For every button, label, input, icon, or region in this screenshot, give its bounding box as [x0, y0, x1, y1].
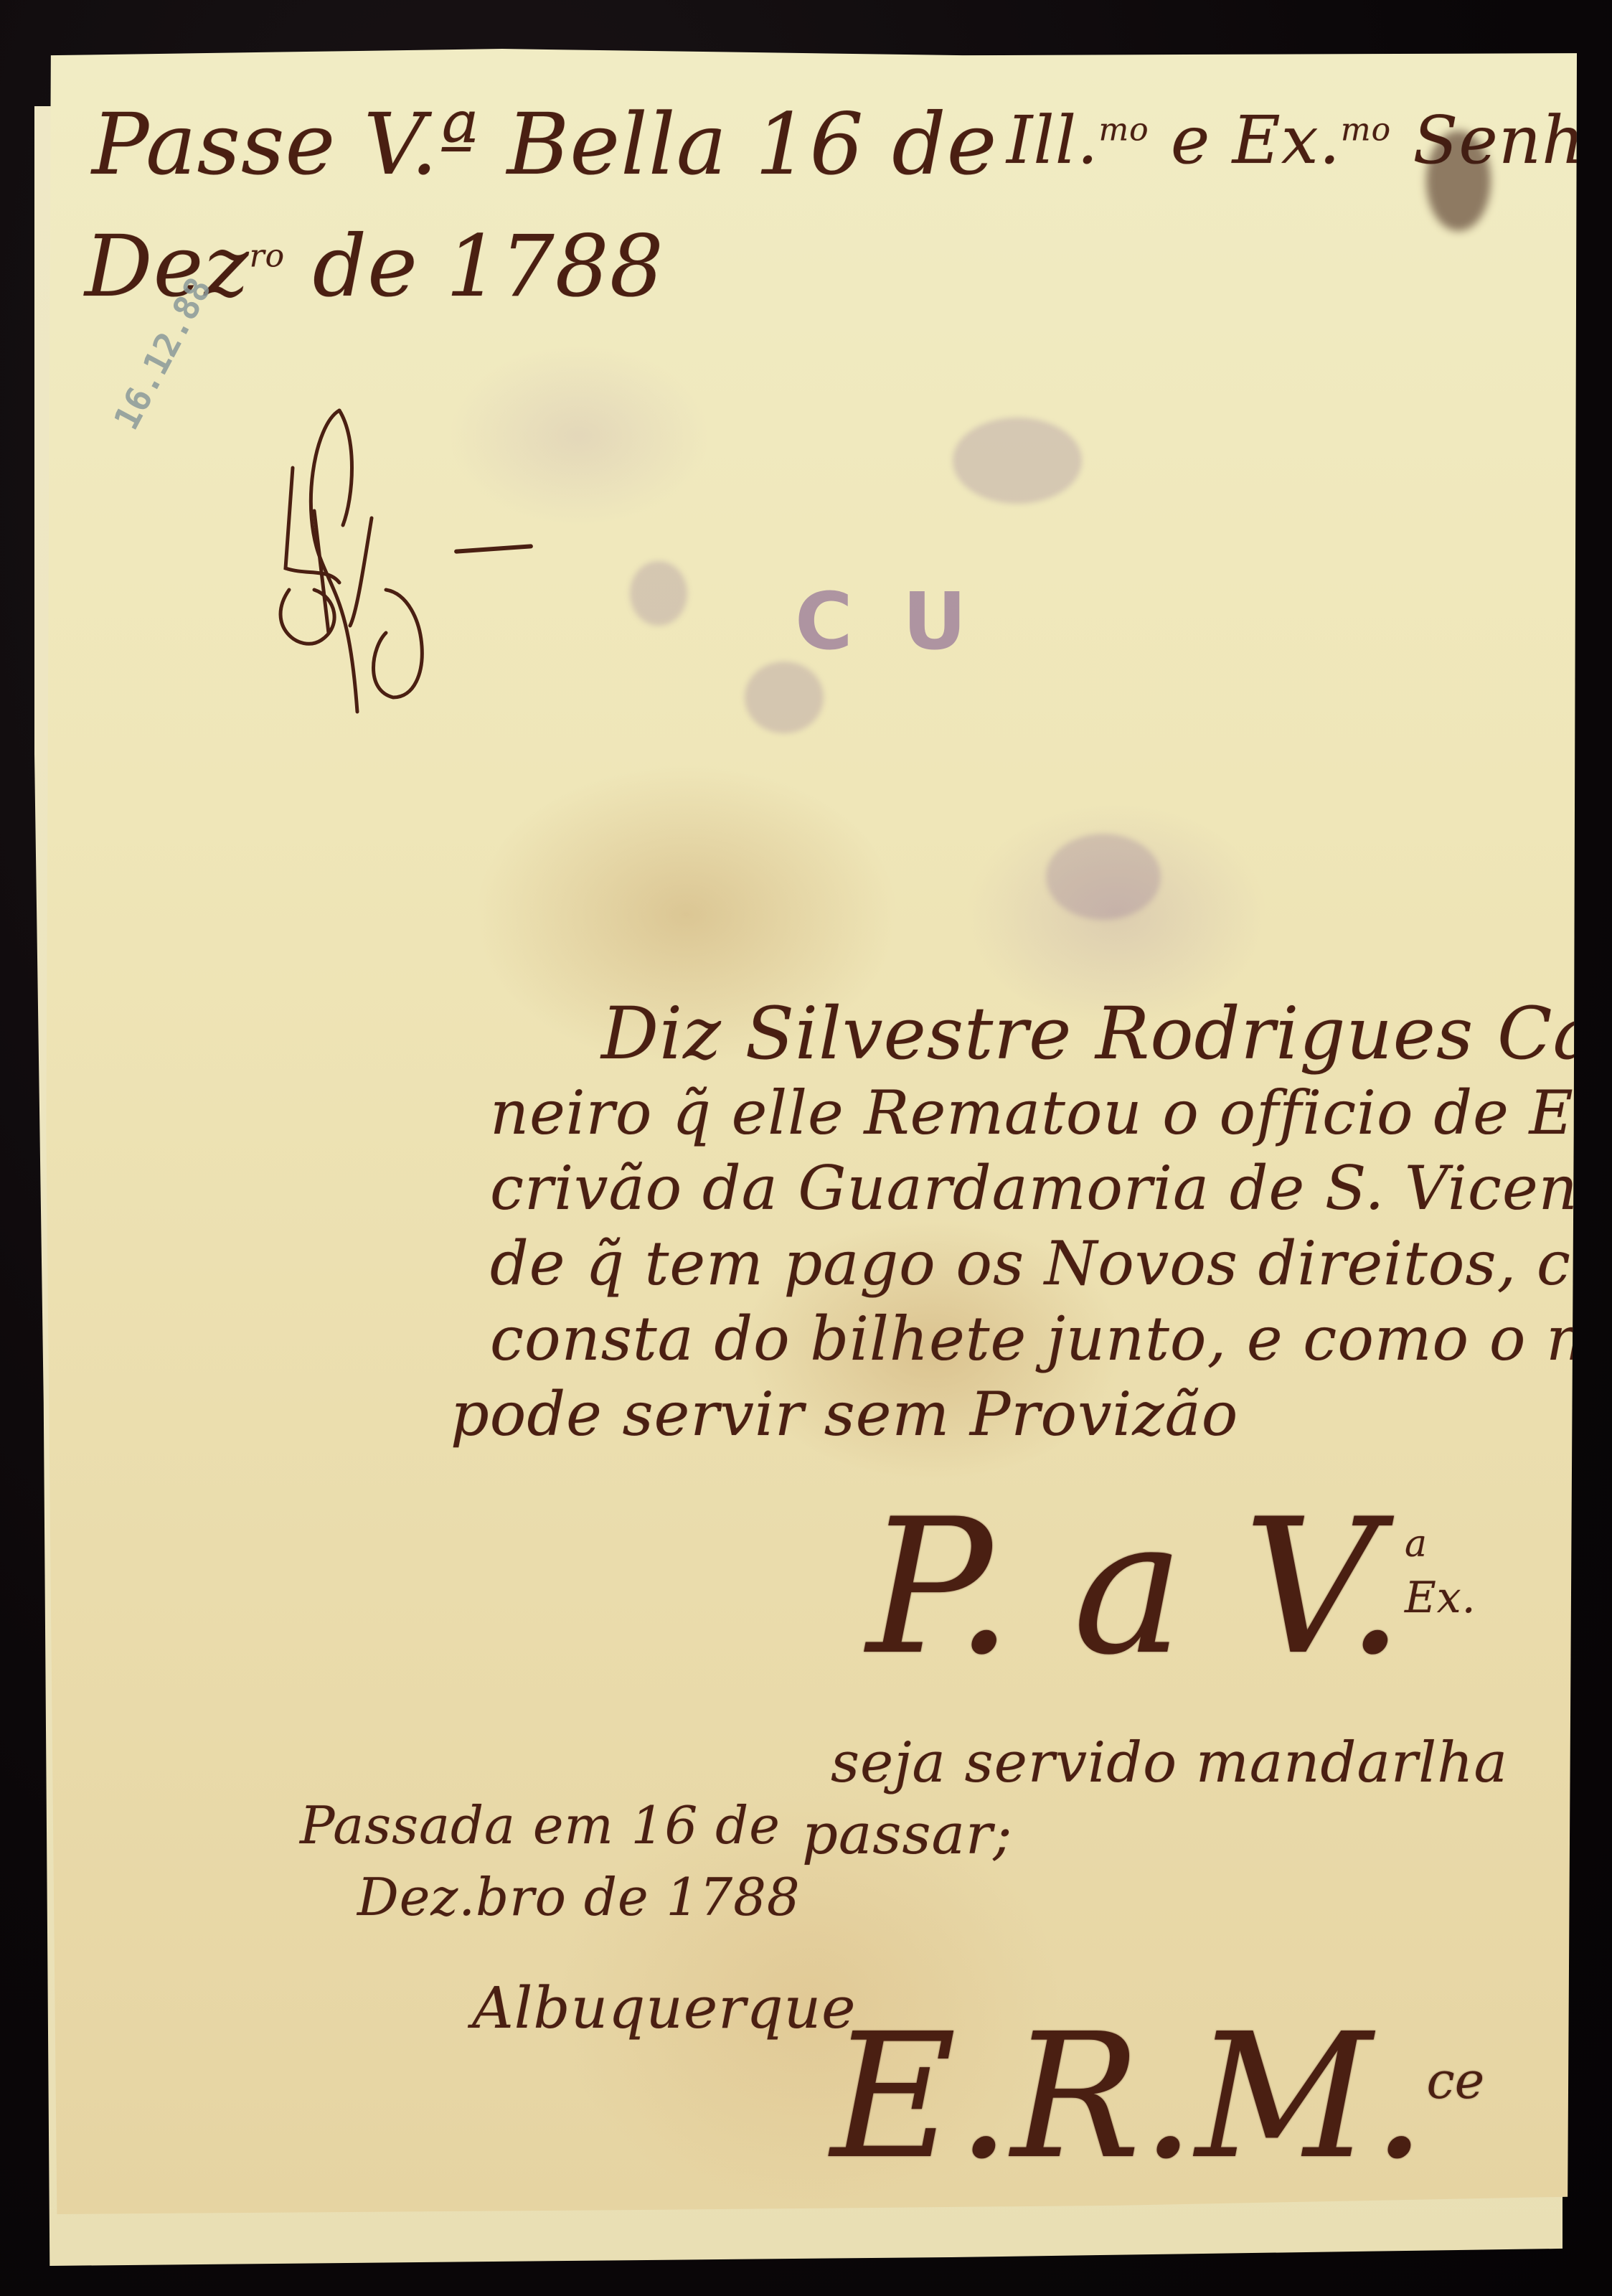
body-line-3: crivão da Guardamoria de S. Vicente	[490, 1153, 1612, 1223]
body-line-4: de q̃ tem pago os Novos direitos, como	[490, 1228, 1612, 1299]
purple-letter-c: C	[795, 575, 853, 667]
rubrica-flourish-icon	[271, 396, 443, 719]
body-line-6: pode servir sem Provizão	[451, 1379, 1238, 1449]
salutation-ex: e Ex.	[1149, 102, 1341, 179]
purple-stain	[1046, 834, 1161, 920]
salutation: Ill.mo e Ex.mo Senhor	[1007, 102, 1612, 179]
signature-right: E.R.M.ce	[831, 1996, 1484, 2197]
closing-line-2: passar;	[802, 1802, 1013, 1867]
closing-line-1: seja servido mandarlha	[831, 1731, 1508, 1795]
purple-stain	[953, 418, 1082, 504]
heading-line-1: Passe V.ª Bella 16 de	[92, 95, 997, 194]
salutation-senhor: Senhor	[1391, 102, 1612, 179]
signature-right-sup: ce	[1427, 2051, 1485, 2110]
signature-left: Albuquerque	[472, 1975, 857, 2041]
body-line-1: Diz Silvestre Rodrigues Car-	[601, 992, 1612, 1076]
closing-sup-ex: Ex.	[1405, 1573, 1476, 1623]
closing-pav: P. a V.	[867, 1479, 1405, 1696]
closing-abbreviation: P. a V.	[867, 1479, 1405, 1696]
body-line-2: neiro q̃ elle Rematou o officio de Es-	[490, 1078, 1612, 1148]
heading-year: de 1788	[285, 217, 664, 316]
purple-stain	[630, 561, 687, 626]
manuscript-page: C U Passe V.ª Bella 16 de Dezro de 1788 …	[42, 44, 1577, 2219]
signature-right-initials: E.R.M.	[831, 1996, 1427, 2197]
ink-smudge	[1426, 131, 1491, 231]
body-line-5: consta do bilhete junto, e como o não	[490, 1304, 1612, 1374]
purple-letter-u: U	[902, 575, 966, 667]
photo-backdrop: C U Passe V.ª Bella 16 de Dezro de 1788 …	[0, 0, 1612, 2296]
salutation-sup-2: mo	[1341, 111, 1391, 148]
notation-line-1: Passada em 16 de	[300, 1795, 781, 1855]
salutation-sup-1: mo	[1098, 111, 1149, 148]
flourish-dash	[454, 544, 533, 554]
closing-sup-a: a	[1405, 1523, 1428, 1566]
purple-stain	[745, 662, 824, 733]
heading-month: Dez	[85, 217, 250, 316]
salutation-ill: Ill.	[1007, 102, 1098, 179]
notation-line-2: Dez.bro de 1788	[357, 1867, 801, 1927]
heading-month-sup: ro	[250, 238, 286, 275]
